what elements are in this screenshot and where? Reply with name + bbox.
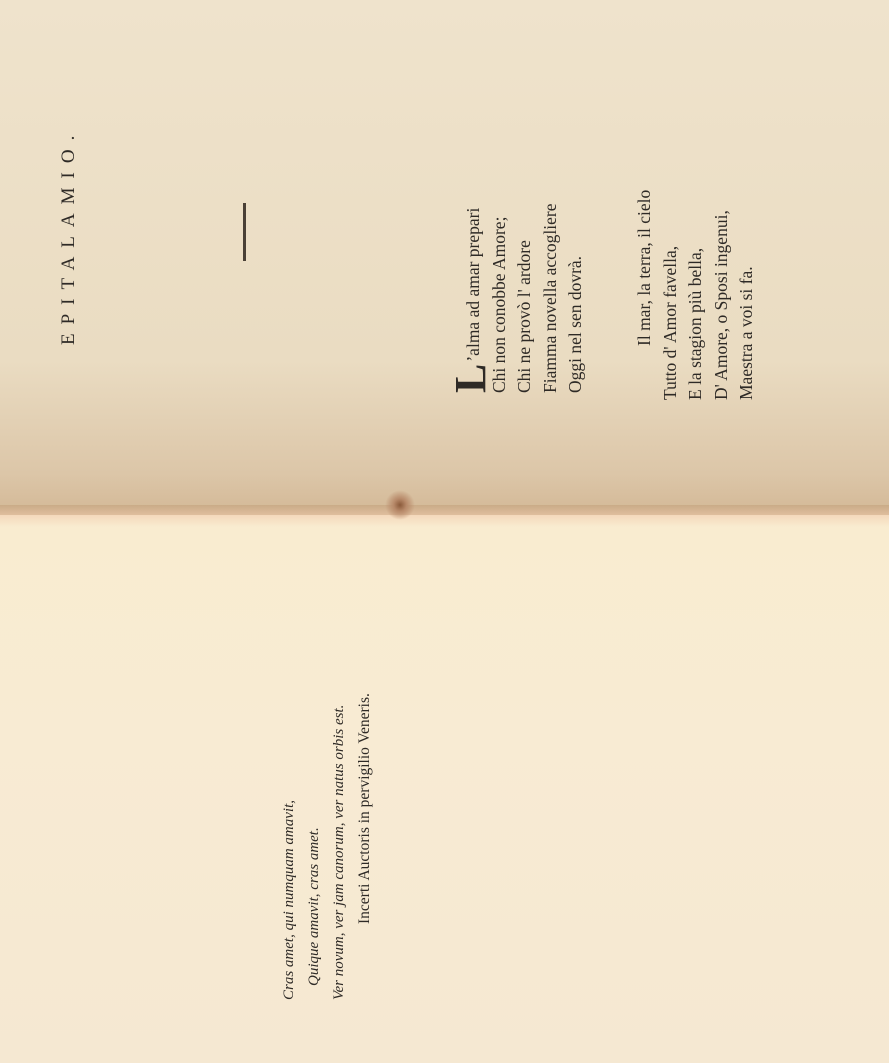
epigraph: Cras amet, qui numquam amavit, Quique am…: [277, 693, 377, 1000]
epigraph-citation: Incerti Auctoris in pervigilio Veneris.: [352, 693, 377, 1000]
epigraph-line-1: Cras amet, qui numquam amavit,: [277, 693, 302, 1000]
left-page: [0, 515, 889, 1063]
stanza-1: L’alma ad amar prepari Chi non conobbe A…: [458, 203, 589, 393]
ink-stain: [385, 490, 415, 520]
stanza-2-line-5: Maestra a voi si fa.: [734, 190, 760, 400]
stanza-1-line-4: Fiamma novella accogliere: [538, 203, 564, 393]
stanza-1-line-2: Chi non conobbe Amore;: [487, 203, 513, 393]
stanza-1-line-1: L’alma ad amar prepari: [458, 203, 487, 393]
page-fold: [0, 505, 889, 527]
line-text: ’alma ad amar prepari: [463, 208, 483, 362]
stanza-2-line-2: Tutto d' Amor favella,: [658, 190, 684, 400]
stanza-2-line-4: D' Amore, o Sposi ingenui,: [709, 190, 735, 400]
epigraph-line-3: Ver novum, ver jam canorum, ver natus or…: [327, 693, 352, 1000]
title-rule: [243, 203, 246, 261]
stanza-2-line-3: E la stagion più bella,: [683, 190, 709, 400]
stanza-2: Il mar, la terra, il cielo Tutto d' Amor…: [632, 190, 760, 400]
stanza-1-line-5: Oggi nel sen dovrà.: [563, 203, 589, 393]
stanza-1-line-3: Chi ne provò l' ardore: [512, 203, 538, 393]
epigraph-line-2: Quique amavit, cras amet.: [302, 693, 327, 1000]
stanza-2-line-1: Il mar, la terra, il cielo: [632, 190, 658, 400]
poem-title: EPITALAMIO.: [58, 127, 80, 345]
